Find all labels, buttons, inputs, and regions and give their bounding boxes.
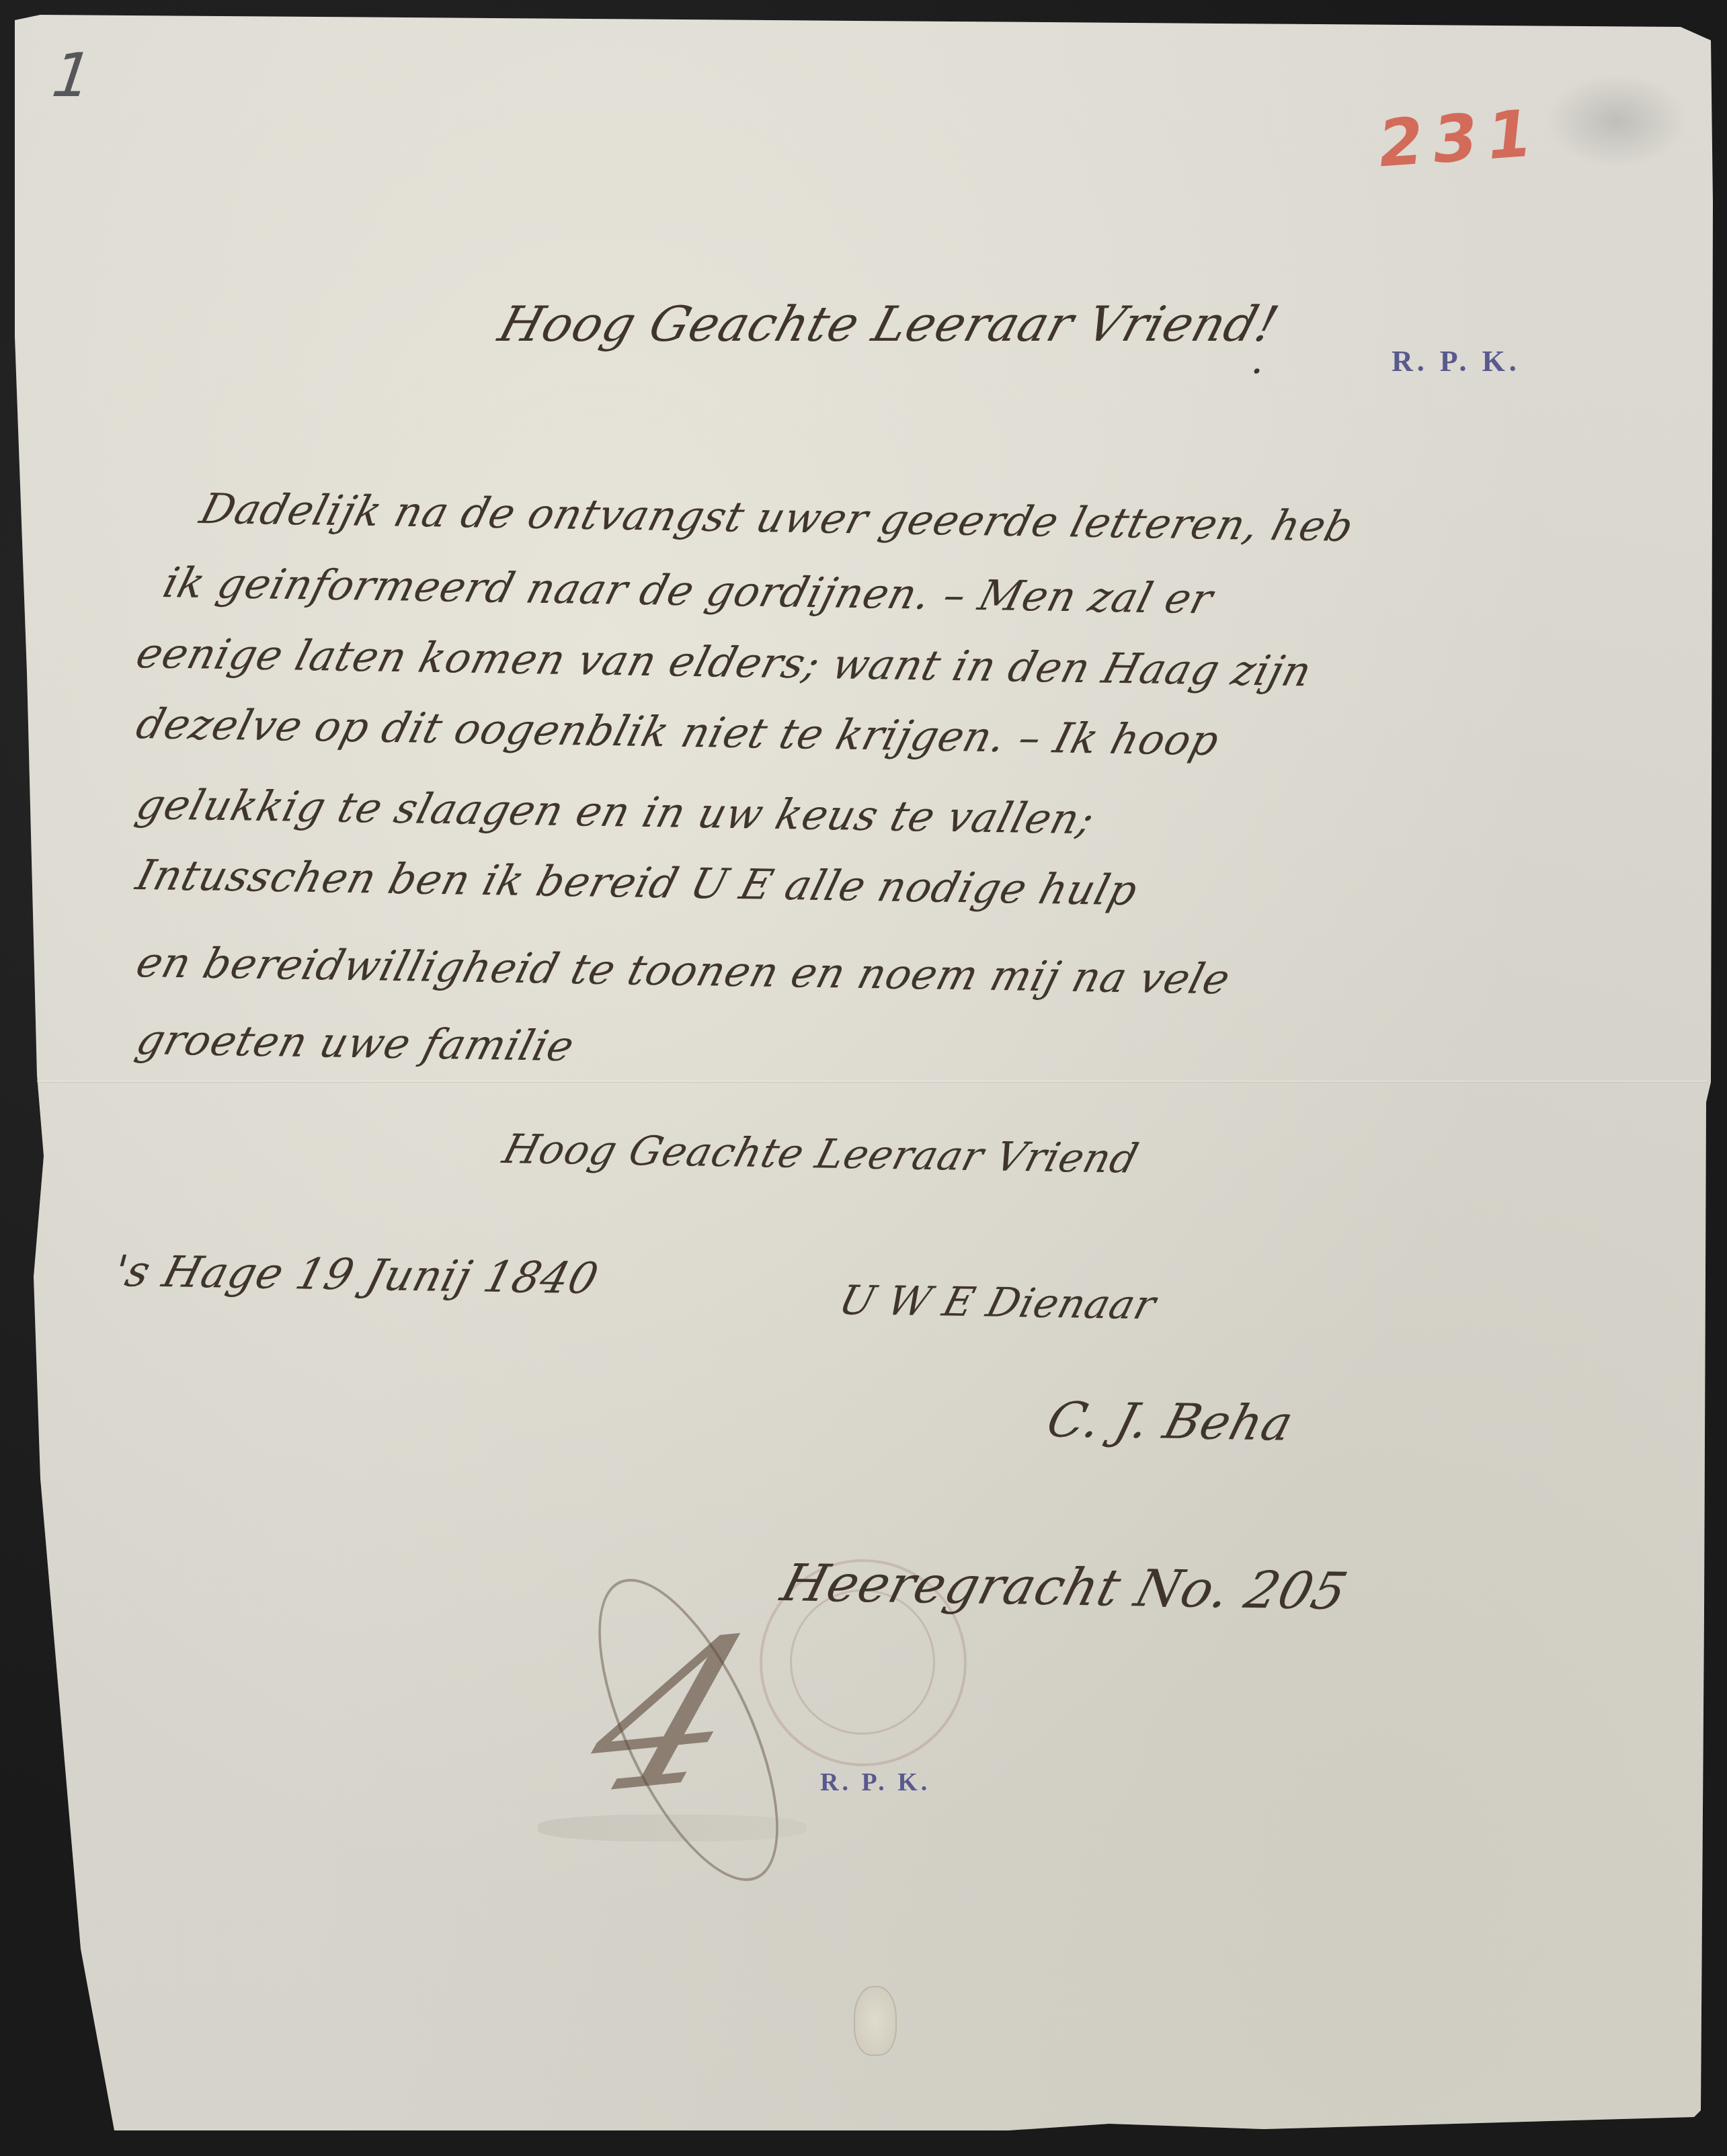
closing-line: Hoog Geachte Leeraar Vriend: [498, 1126, 1143, 1183]
place-date: 's Hage 19 Junij 1840: [108, 1247, 604, 1304]
salutation-dot: .: [1250, 336, 1264, 383]
signature: C. J. Beha: [1041, 1391, 1299, 1451]
salutation: Hoog Geachte Leeraar Vriend!: [493, 296, 1285, 352]
valediction: U W E Dienaar: [834, 1277, 1161, 1329]
bleed-through-text: [538, 1815, 807, 1841]
body-line-8: groeten uwe familie: [131, 1015, 579, 1071]
rpk-stamp-top: R. P. K.: [1392, 344, 1521, 378]
grey-smudge: [1546, 74, 1687, 168]
paper-fold-line: [37, 1081, 1708, 1083]
address: Heeregracht No. 205: [775, 1552, 1354, 1621]
seal-remnant: [854, 1986, 897, 2056]
red-pencil-number: 231: [1374, 95, 1545, 182]
rpk-stamp-bottom: R. P. K.: [820, 1768, 930, 1797]
